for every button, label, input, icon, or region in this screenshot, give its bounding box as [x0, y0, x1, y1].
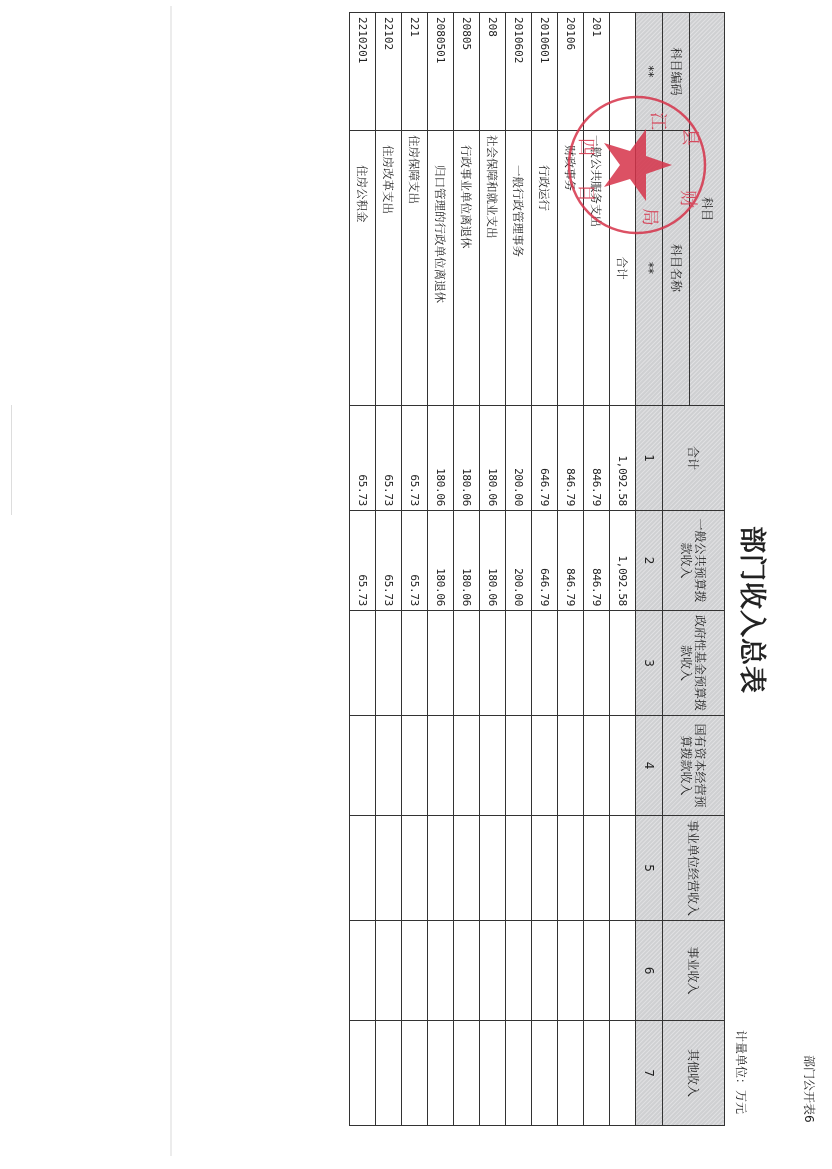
index-col-3: 3 — [636, 611, 663, 716]
amount-cell: 180.06 — [480, 511, 506, 611]
amount-cell — [454, 1021, 480, 1126]
subject-name: 财政事务 — [558, 131, 584, 406]
amount-cell — [506, 921, 532, 1021]
header-col-5: 事业单位经营收入 — [663, 816, 725, 921]
amount-cell: 65.73 — [402, 406, 428, 511]
amount-cell: 65.73 — [350, 511, 376, 611]
header-col-1: 合计 — [663, 406, 725, 511]
amount-cell — [532, 816, 558, 921]
index-col-6: 6 — [636, 921, 663, 1021]
amount-cell — [506, 611, 532, 716]
amount-cell — [558, 611, 584, 716]
amount-cell — [584, 816, 610, 921]
total-value — [610, 1021, 636, 1126]
amount-cell — [480, 921, 506, 1021]
amount-cell — [532, 921, 558, 1021]
form-number: 部门公开表6 — [801, 1055, 818, 1123]
amount-cell — [480, 1021, 506, 1126]
amount-cell: 846.79 — [558, 511, 584, 611]
amount-cell — [402, 816, 428, 921]
subject-name: 归口管理的行政单位离退休 — [428, 131, 454, 406]
amount-cell: 180.06 — [428, 511, 454, 611]
table-row: 2080501归口管理的行政单位离退休180.06180.06 — [428, 13, 454, 1126]
header-code: 科目编码 — [663, 13, 690, 131]
amount-cell — [428, 1021, 454, 1126]
amount-cell: 180.06 — [454, 406, 480, 511]
header-col-6: 事业收入 — [663, 921, 725, 1021]
amount-cell — [532, 611, 558, 716]
amount-cell — [558, 921, 584, 1021]
amount-cell — [558, 816, 584, 921]
subject-name: 住房公积金 — [350, 131, 376, 406]
amount-cell — [428, 921, 454, 1021]
amount-cell: 846.79 — [584, 511, 610, 611]
subject-name: 行政事业单位离退休 — [454, 131, 480, 406]
table-row: 2210201住房公积金65.7365.73 — [350, 13, 376, 1126]
amount-cell — [376, 716, 402, 816]
header-col-3: 政府性基金预算拨款收入 — [663, 611, 725, 716]
unit-label: 计量单位：万元 — [733, 1030, 750, 1114]
amount-cell — [454, 816, 480, 921]
amount-cell — [506, 816, 532, 921]
total-value: 1,092.58 — [610, 511, 636, 611]
amount-cell: 846.79 — [558, 406, 584, 511]
amount-cell: 180.06 — [480, 406, 506, 511]
amount-cell — [402, 1021, 428, 1126]
amount-cell — [584, 1021, 610, 1126]
table-row: 201一般公共服务支出846.79846.79 — [584, 13, 610, 1126]
header-group-cell: 科目 — [690, 13, 725, 406]
subject-name: 社会保障和就业支出 — [480, 131, 506, 406]
index-col-2: 2 — [636, 511, 663, 611]
index-col-5: 5 — [636, 816, 663, 921]
header-name: 科目名称 — [663, 131, 690, 406]
subject-code: 22102 — [376, 13, 402, 131]
amount-cell: 200.00 — [506, 406, 532, 511]
amount-cell — [480, 716, 506, 816]
header-col-2: 一般公共预算拨款收入 — [663, 511, 725, 611]
rotated-page: 部门公开表6 部门收入总表 计量单位：万元 科目 合计 一般公共预算拨款收入 政… — [0, 0, 832, 1169]
header-col-7: 其他收入 — [663, 1021, 725, 1126]
subject-name: 一般公共服务支出 — [584, 131, 610, 406]
amount-cell — [350, 816, 376, 921]
header-col-4: 国有资本经营预算拨款收入 — [663, 716, 725, 816]
table-row: 20805行政事业单位离退休180.06180.06 — [454, 13, 480, 1126]
amount-cell — [376, 816, 402, 921]
amount-cell — [506, 716, 532, 816]
amount-cell — [376, 921, 402, 1021]
amount-cell: 646.79 — [532, 406, 558, 511]
amount-cell — [350, 611, 376, 716]
subject-code: 201 — [584, 13, 610, 131]
amount-cell — [428, 816, 454, 921]
amount-cell — [532, 716, 558, 816]
amount-cell — [402, 611, 428, 716]
table-row: 221住房保障支出65.7365.73 — [402, 13, 428, 1126]
amount-cell — [480, 611, 506, 716]
amount-cell — [454, 921, 480, 1021]
total-value — [610, 611, 636, 716]
amount-cell — [428, 611, 454, 716]
amount-cell: 65.73 — [376, 406, 402, 511]
amount-cell — [402, 921, 428, 1021]
amount-cell — [428, 716, 454, 816]
total-name: 合计 — [610, 131, 636, 406]
total-value — [610, 716, 636, 816]
amount-cell — [558, 1021, 584, 1126]
header-index-row: ** ** 1 2 3 4 5 6 7 — [636, 13, 663, 1126]
amount-cell — [584, 716, 610, 816]
amount-cell — [558, 716, 584, 816]
amount-cell: 846.79 — [584, 406, 610, 511]
header-group-row: 科目 合计 一般公共预算拨款收入 政府性基金预算拨款收入 国有资本经营预算拨款收… — [690, 13, 725, 1126]
table-row: 20106财政事务846.79846.79 — [558, 13, 584, 1126]
amount-cell — [402, 716, 428, 816]
amount-cell — [506, 1021, 532, 1126]
amount-cell — [376, 611, 402, 716]
subject-name: 住房改革支出 — [376, 131, 402, 406]
total-code — [610, 13, 636, 131]
subject-name: 住房保障支出 — [402, 131, 428, 406]
subject-code: 2010601 — [532, 13, 558, 131]
income-summary-table: 科目 合计 一般公共预算拨款收入 政府性基金预算拨款收入 国有资本经营预算拨款收… — [349, 12, 725, 1126]
amount-cell — [480, 816, 506, 921]
amount-cell: 65.73 — [376, 511, 402, 611]
table-row: 208社会保障和就业支出180.06180.06 — [480, 13, 506, 1126]
amount-cell: 200.00 — [506, 511, 532, 611]
table-row: 2010602一般行政管理事务200.00200.00 — [506, 13, 532, 1126]
amount-cell — [350, 921, 376, 1021]
subject-name: 行政运行 — [532, 131, 558, 406]
amount-cell — [454, 611, 480, 716]
index-col-1: 1 — [636, 406, 663, 511]
subject-name: 一般行政管理事务 — [506, 131, 532, 406]
subject-code: 2010602 — [506, 13, 532, 131]
page-title: 部门收入总表 — [735, 480, 774, 740]
amount-cell: 65.73 — [350, 406, 376, 511]
subject-code: 2210201 — [350, 13, 376, 131]
table-row: 2010601行政运行646.79646.79 — [532, 13, 558, 1126]
total-value — [610, 921, 636, 1021]
subject-code: 221 — [402, 13, 428, 131]
amount-cell: 180.06 — [428, 406, 454, 511]
index-col-4: 4 — [636, 716, 663, 816]
amount-cell — [454, 716, 480, 816]
header-name-marker: ** — [636, 131, 663, 406]
subject-code: 20106 — [558, 13, 584, 131]
amount-cell: 65.73 — [402, 511, 428, 611]
table-row: 22102住房改革支出65.7365.73 — [376, 13, 402, 1126]
header-code-marker: ** — [636, 13, 663, 131]
amount-cell — [584, 921, 610, 1021]
total-row: 合计 1,092.58 1,092.58 — [610, 13, 636, 1126]
index-col-7: 7 — [636, 1021, 663, 1126]
total-value: 1,092.58 — [610, 406, 636, 511]
total-value — [610, 816, 636, 921]
subject-code: 2080501 — [428, 13, 454, 131]
amount-cell — [350, 716, 376, 816]
subject-code: 208 — [480, 13, 506, 131]
amount-cell: 646.79 — [532, 511, 558, 611]
amount-cell — [350, 1021, 376, 1126]
amount-cell — [584, 611, 610, 716]
amount-cell — [376, 1021, 402, 1126]
subject-code: 20805 — [454, 13, 480, 131]
amount-cell: 180.06 — [454, 511, 480, 611]
amount-cell — [532, 1021, 558, 1126]
